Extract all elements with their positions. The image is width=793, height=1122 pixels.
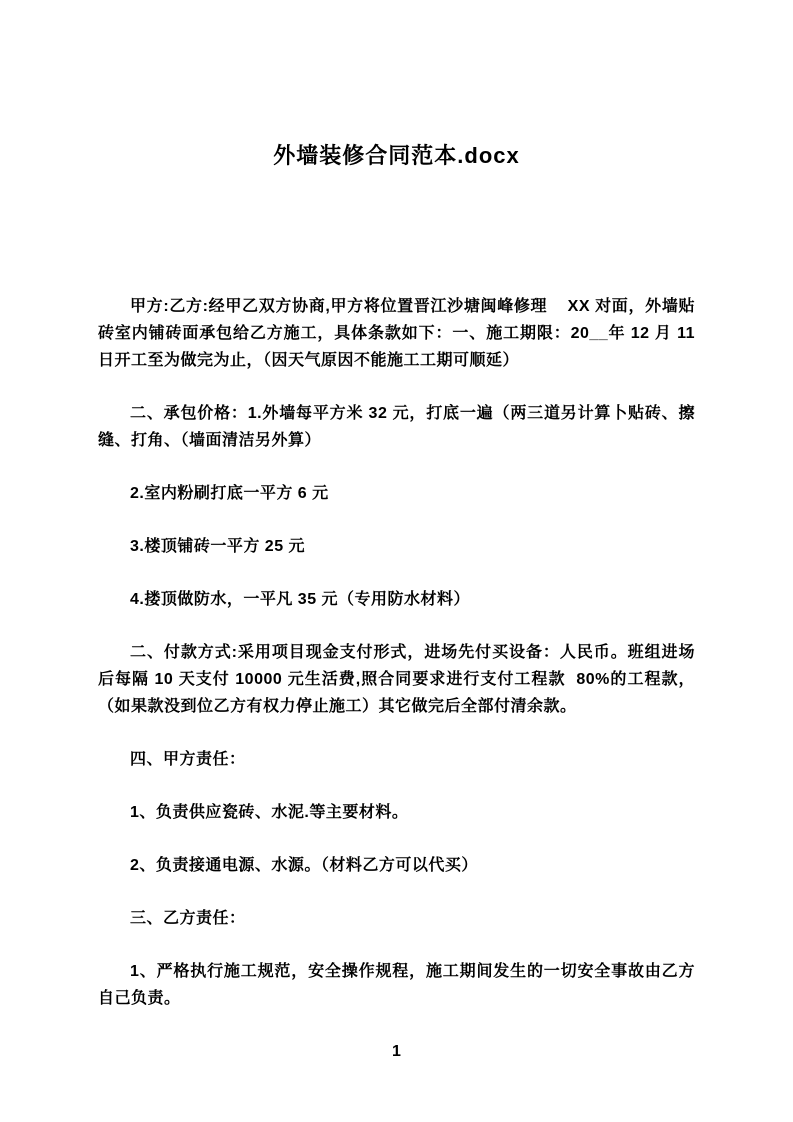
paragraph-price-item-3: 3.楼顶铺砖一平方 25 元 xyxy=(98,533,695,560)
paragraph-party-a-duty-2: 2、负责接通电源、水源。（材料乙方可以代买） xyxy=(98,852,695,879)
paragraph-party-a-duty-1: 1、负责供应瓷砖、水泥.等主要材料。 xyxy=(98,799,695,826)
page-number: 1 xyxy=(98,1038,695,1065)
paragraph-price-item-4: 4.搂顶做防水，一平凡 35 元（专用防水材料） xyxy=(98,586,695,613)
paragraph-contract-price: 二、承包价格：1.外墙每平方米 32 元，打底一遍（两三道另计算卜贴砖、擦缝、打… xyxy=(98,400,695,454)
paragraph-party-a-duty-heading: 四、甲方责任： xyxy=(98,746,695,773)
paragraph-payment-terms: 二、付款方式:采用项目现金支付形式，进场先付买设备：人民币。班组进场后每隔 10… xyxy=(98,639,695,720)
paragraph-price-item-2: 2.室内粉刷打底一平方 6 元 xyxy=(98,480,695,507)
paragraph-party-b-duty-1: 1、严格执行施工规范，安全操作规程，施工期间发生的一切安全事故由乙方自己负责。 xyxy=(98,958,695,1012)
paragraph-party-b-duty-heading: 三、乙方责任： xyxy=(98,905,695,932)
document-page: 外墙装修合同范本.docx 甲方:乙方:经甲乙双方协商,甲方将位置晋江沙塘闽峰修… xyxy=(0,0,793,1122)
document-title: 外墙装修合同范本.docx xyxy=(98,140,695,172)
paragraph-parties-and-schedule: 甲方:乙方:经甲乙双方协商,甲方将位置晋江沙塘闽峰修理 XX 对面，外墙贴砖室内… xyxy=(98,293,695,374)
